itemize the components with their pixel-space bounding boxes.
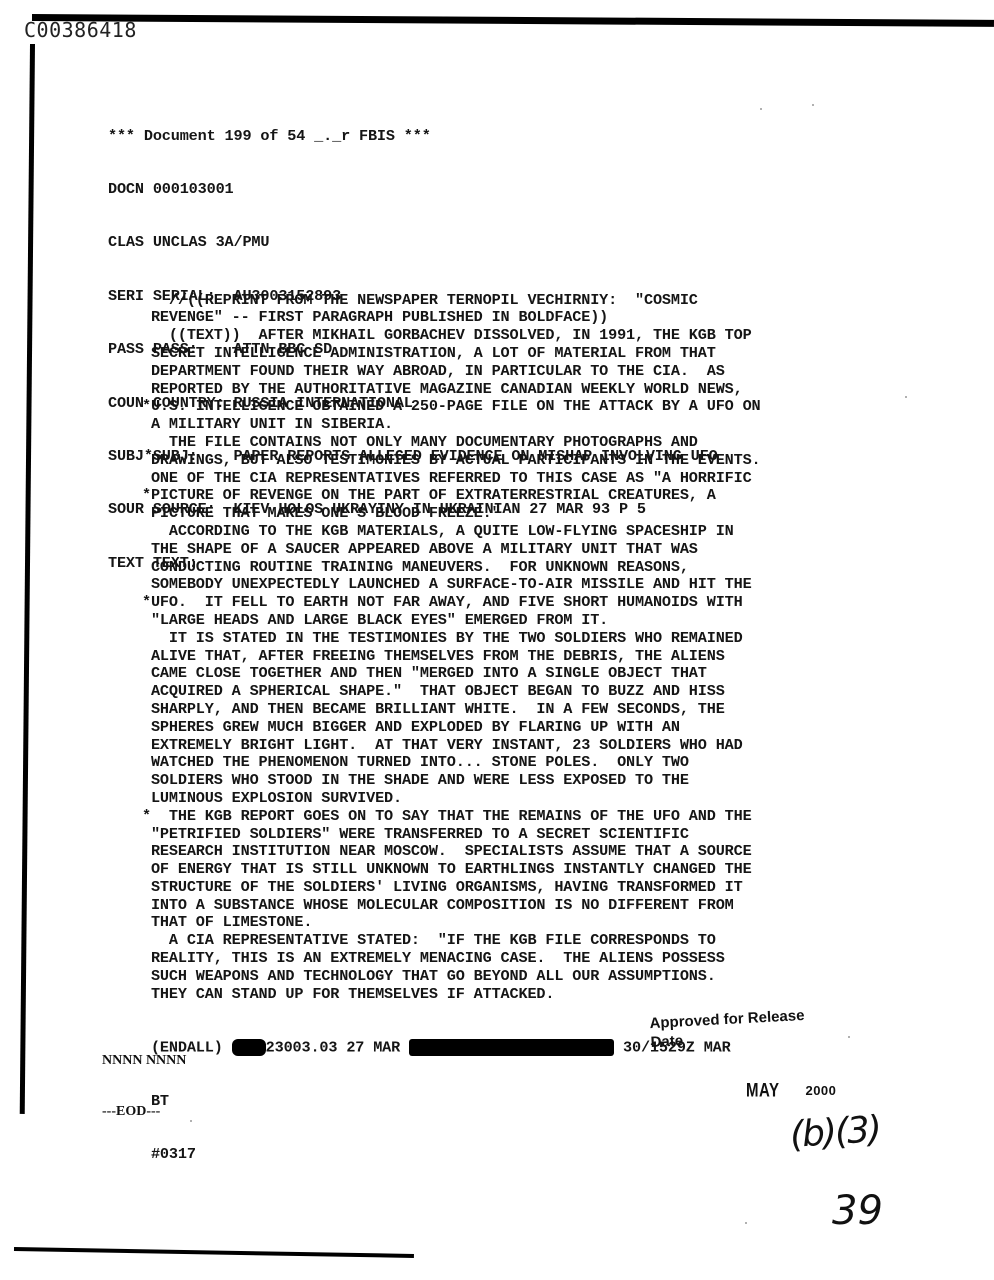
body-line: DRAWINGS, BUT ALSO TESTIMONIES BY ACTUAL… (142, 452, 761, 470)
body-line: ACQUIRED A SPHERICAL SHAPE." THAT OBJECT… (142, 683, 761, 701)
release-stamp: Approved for Release Date (649, 1006, 806, 1052)
trailer-nnnn: NNNN NNNN (102, 1052, 186, 1069)
body-line: "PETRIFIED SOLDIERS" WERE TRANSFERRED TO… (142, 826, 761, 844)
body-line: SUCH WEAPONS AND TECHNOLOGY THAT GO BEYO… (142, 968, 761, 986)
scan-speck (905, 396, 907, 398)
body-line: IT IS STATED IN THE TESTIMONIES BY THE T… (142, 630, 761, 648)
body-line: CAME CLOSE TOGETHER AND THEN "MERGED INT… (142, 665, 761, 683)
body-text-lines: //((REPRINT FROM THE NEWSPAPER TERNOPIL … (142, 292, 761, 1004)
header-field-docn: DOCN 000103001 (108, 181, 718, 199)
redaction-block (409, 1039, 614, 1056)
body-line: THAT OF LIMESTONE. (142, 914, 761, 932)
body-line: STRUCTURE OF THE SOLDIERS' LIVING ORGANI… (142, 879, 761, 897)
body-line: THEY CAN STAND UP FOR THEMSELVES IF ATTA… (142, 986, 761, 1004)
body-line: SPHERES GREW MUCH BIGGER AND EXPLODED BY… (142, 719, 761, 737)
body-line: REALITY, THIS IS AN EXTREMELY MENACING C… (142, 950, 761, 968)
bt-line: BT (142, 1093, 761, 1111)
body-line: SOMEBODY UNEXPECTEDLY LAUNCHED A SURFACE… (142, 576, 761, 594)
body-line: WATCHED THE PHENOMENON TURNED INTO... ST… (142, 754, 761, 772)
body-line: SOLDIERS WHO STOOD IN THE SHADE AND WERE… (142, 772, 761, 790)
message-number: #0317 (142, 1146, 761, 1164)
body-line: THE FILE CONTAINS NOT ONLY MANY DOCUMENT… (142, 434, 761, 452)
endall-serial: 23003.03 27 MAR (266, 1039, 409, 1057)
release-date: MAY2000 (746, 1082, 836, 1099)
redaction-block (232, 1039, 266, 1056)
scan-speck (812, 104, 814, 106)
body-line: A CIA REPRESENTATIVE STATED: "IF THE KGB… (142, 932, 761, 950)
body-line: CONDUCTING ROUTINE TRAINING MANEUVERS. F… (142, 559, 761, 577)
body-line: ACCORDING TO THE KGB MATERIALS, A QUITE … (142, 523, 761, 541)
body-line: *U.S. INTELLIGENCE OBTAINED A 250-PAGE F… (142, 398, 761, 416)
body-line: ONE OF THE CIA REPRESENTATIVES REFERRED … (142, 470, 761, 488)
body-line: DEPARTMENT FOUND THEIR WAY ABROAD, IN PA… (142, 363, 761, 381)
body-line: RESEARCH INSTITUTION NEAR MOSCOW. SPECIA… (142, 843, 761, 861)
bottom-border-rule (14, 1247, 414, 1258)
release-month: MAY (746, 1079, 779, 1101)
body-line: * THE KGB REPORT GOES ON TO SAY THAT THE… (142, 808, 761, 826)
top-border-rule (32, 14, 994, 27)
body-line: //((REPRINT FROM THE NEWSPAPER TERNOPIL … (142, 292, 761, 310)
left-margin-rule (20, 44, 35, 1114)
document-control-number: C00386418 (24, 18, 137, 42)
body-line: REPORTED BY THE AUTHORITATIVE MAGAZINE C… (142, 381, 761, 399)
handwritten-exemption-code: (b)(3) (789, 1109, 882, 1156)
body-line: PICTURE THAT MAKES ONE'S BLOOD FREEZE." (142, 505, 761, 523)
header-field-clas: CLAS UNCLAS 3A/PMU (108, 234, 718, 252)
body-line: *PICTURE OF REVENGE ON THE PART OF EXTRA… (142, 487, 761, 505)
body-line: *UFO. IT FELL TO EARTH NOT FAR AWAY, AND… (142, 594, 761, 612)
body-line: THE SHAPE OF A SAUCER APPEARED ABOVE A M… (142, 541, 761, 559)
handwritten-page-number: 39 (832, 1188, 883, 1234)
scan-speck (745, 1222, 747, 1224)
document-title-line: *** Document 199 of 54 _._r FBIS *** (108, 128, 718, 146)
body-line: INTO A SUBSTANCE WHOSE MOLECULAR COMPOSI… (142, 897, 761, 915)
body-line: LUMINOUS EXPLOSION SURVIVED. (142, 790, 761, 808)
body-line: "LARGE HEADS AND LARGE BLACK EYES" EMERG… (142, 612, 761, 630)
release-year: 2000 (805, 1083, 836, 1098)
trailer-eod: ---EOD--- (102, 1103, 186, 1120)
end-of-document-trailer: NNNN NNNN ---EOD--- (102, 1018, 186, 1137)
body-line: ALIVE THAT, AFTER FREEING THEMSELVES FRO… (142, 648, 761, 666)
body-line: A MILITARY UNIT IN SIBERIA. (142, 416, 761, 434)
body-line: SHARPLY, AND THEN BECAME BRILLIANT WHITE… (142, 701, 761, 719)
body-line: SECRET INTELLIGENCE ADMINISTRATION, A LO… (142, 345, 761, 363)
body-line: EXTREMELY BRIGHT LIGHT. AT THAT VERY INS… (142, 737, 761, 755)
scan-speck (760, 108, 762, 110)
body-line: REVENGE" -- FIRST PARAGRAPH PUBLISHED IN… (142, 309, 761, 327)
scan-speck (190, 1120, 192, 1122)
body-line: OF ENERGY THAT IS STILL UNKNOWN TO EARTH… (142, 861, 761, 879)
scan-speck (848, 1036, 850, 1038)
body-line: ((TEXT)) AFTER MIKHAIL GORBACHEV DISSOLV… (142, 327, 761, 345)
